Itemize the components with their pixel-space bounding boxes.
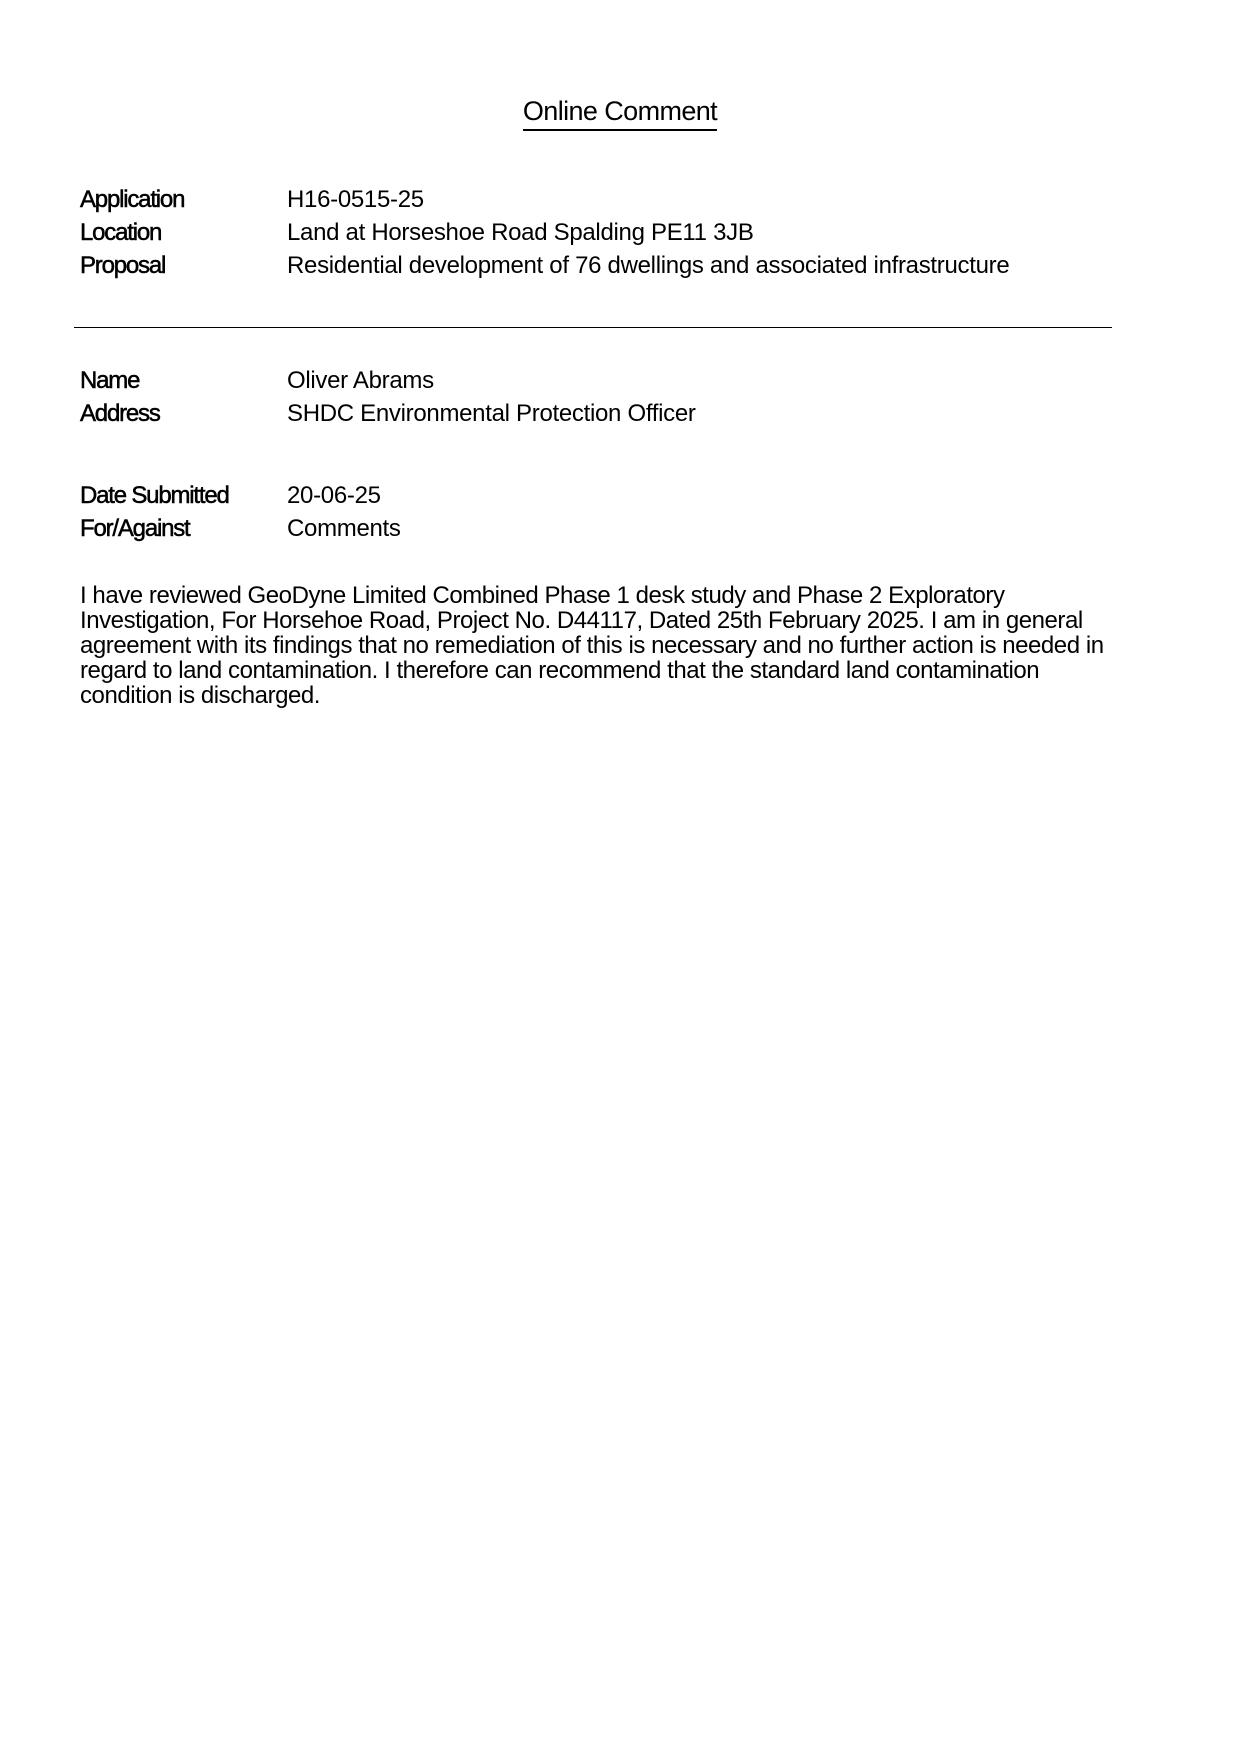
field-label: Name: [80, 364, 139, 397]
field-value: Comments: [287, 512, 401, 545]
field-label: Location: [80, 216, 161, 249]
field-label: Proposal: [80, 249, 165, 282]
field-value: Land at Horseshoe Road Spalding PE11 3JB: [287, 216, 754, 249]
field-label: Application: [80, 183, 184, 216]
field-label: Date Submitted: [80, 479, 229, 512]
field-value: SHDC Environmental Protection Officer: [287, 397, 696, 430]
field-value: 20-06-25: [287, 479, 381, 512]
field-value: Residential development of 76 dwellings …: [287, 249, 1009, 282]
field-label: Address: [80, 397, 160, 430]
field-value: H16-0515-25: [287, 183, 424, 216]
field-value: Oliver Abrams: [287, 364, 434, 397]
comment-body: I have reviewed GeoDyne Limited Combined…: [80, 583, 1120, 708]
section-divider: [74, 327, 1112, 328]
document-title-text: Online Comment: [523, 96, 717, 131]
document-title: Online Comment: [0, 96, 1240, 127]
field-label: For/Against: [80, 512, 190, 545]
